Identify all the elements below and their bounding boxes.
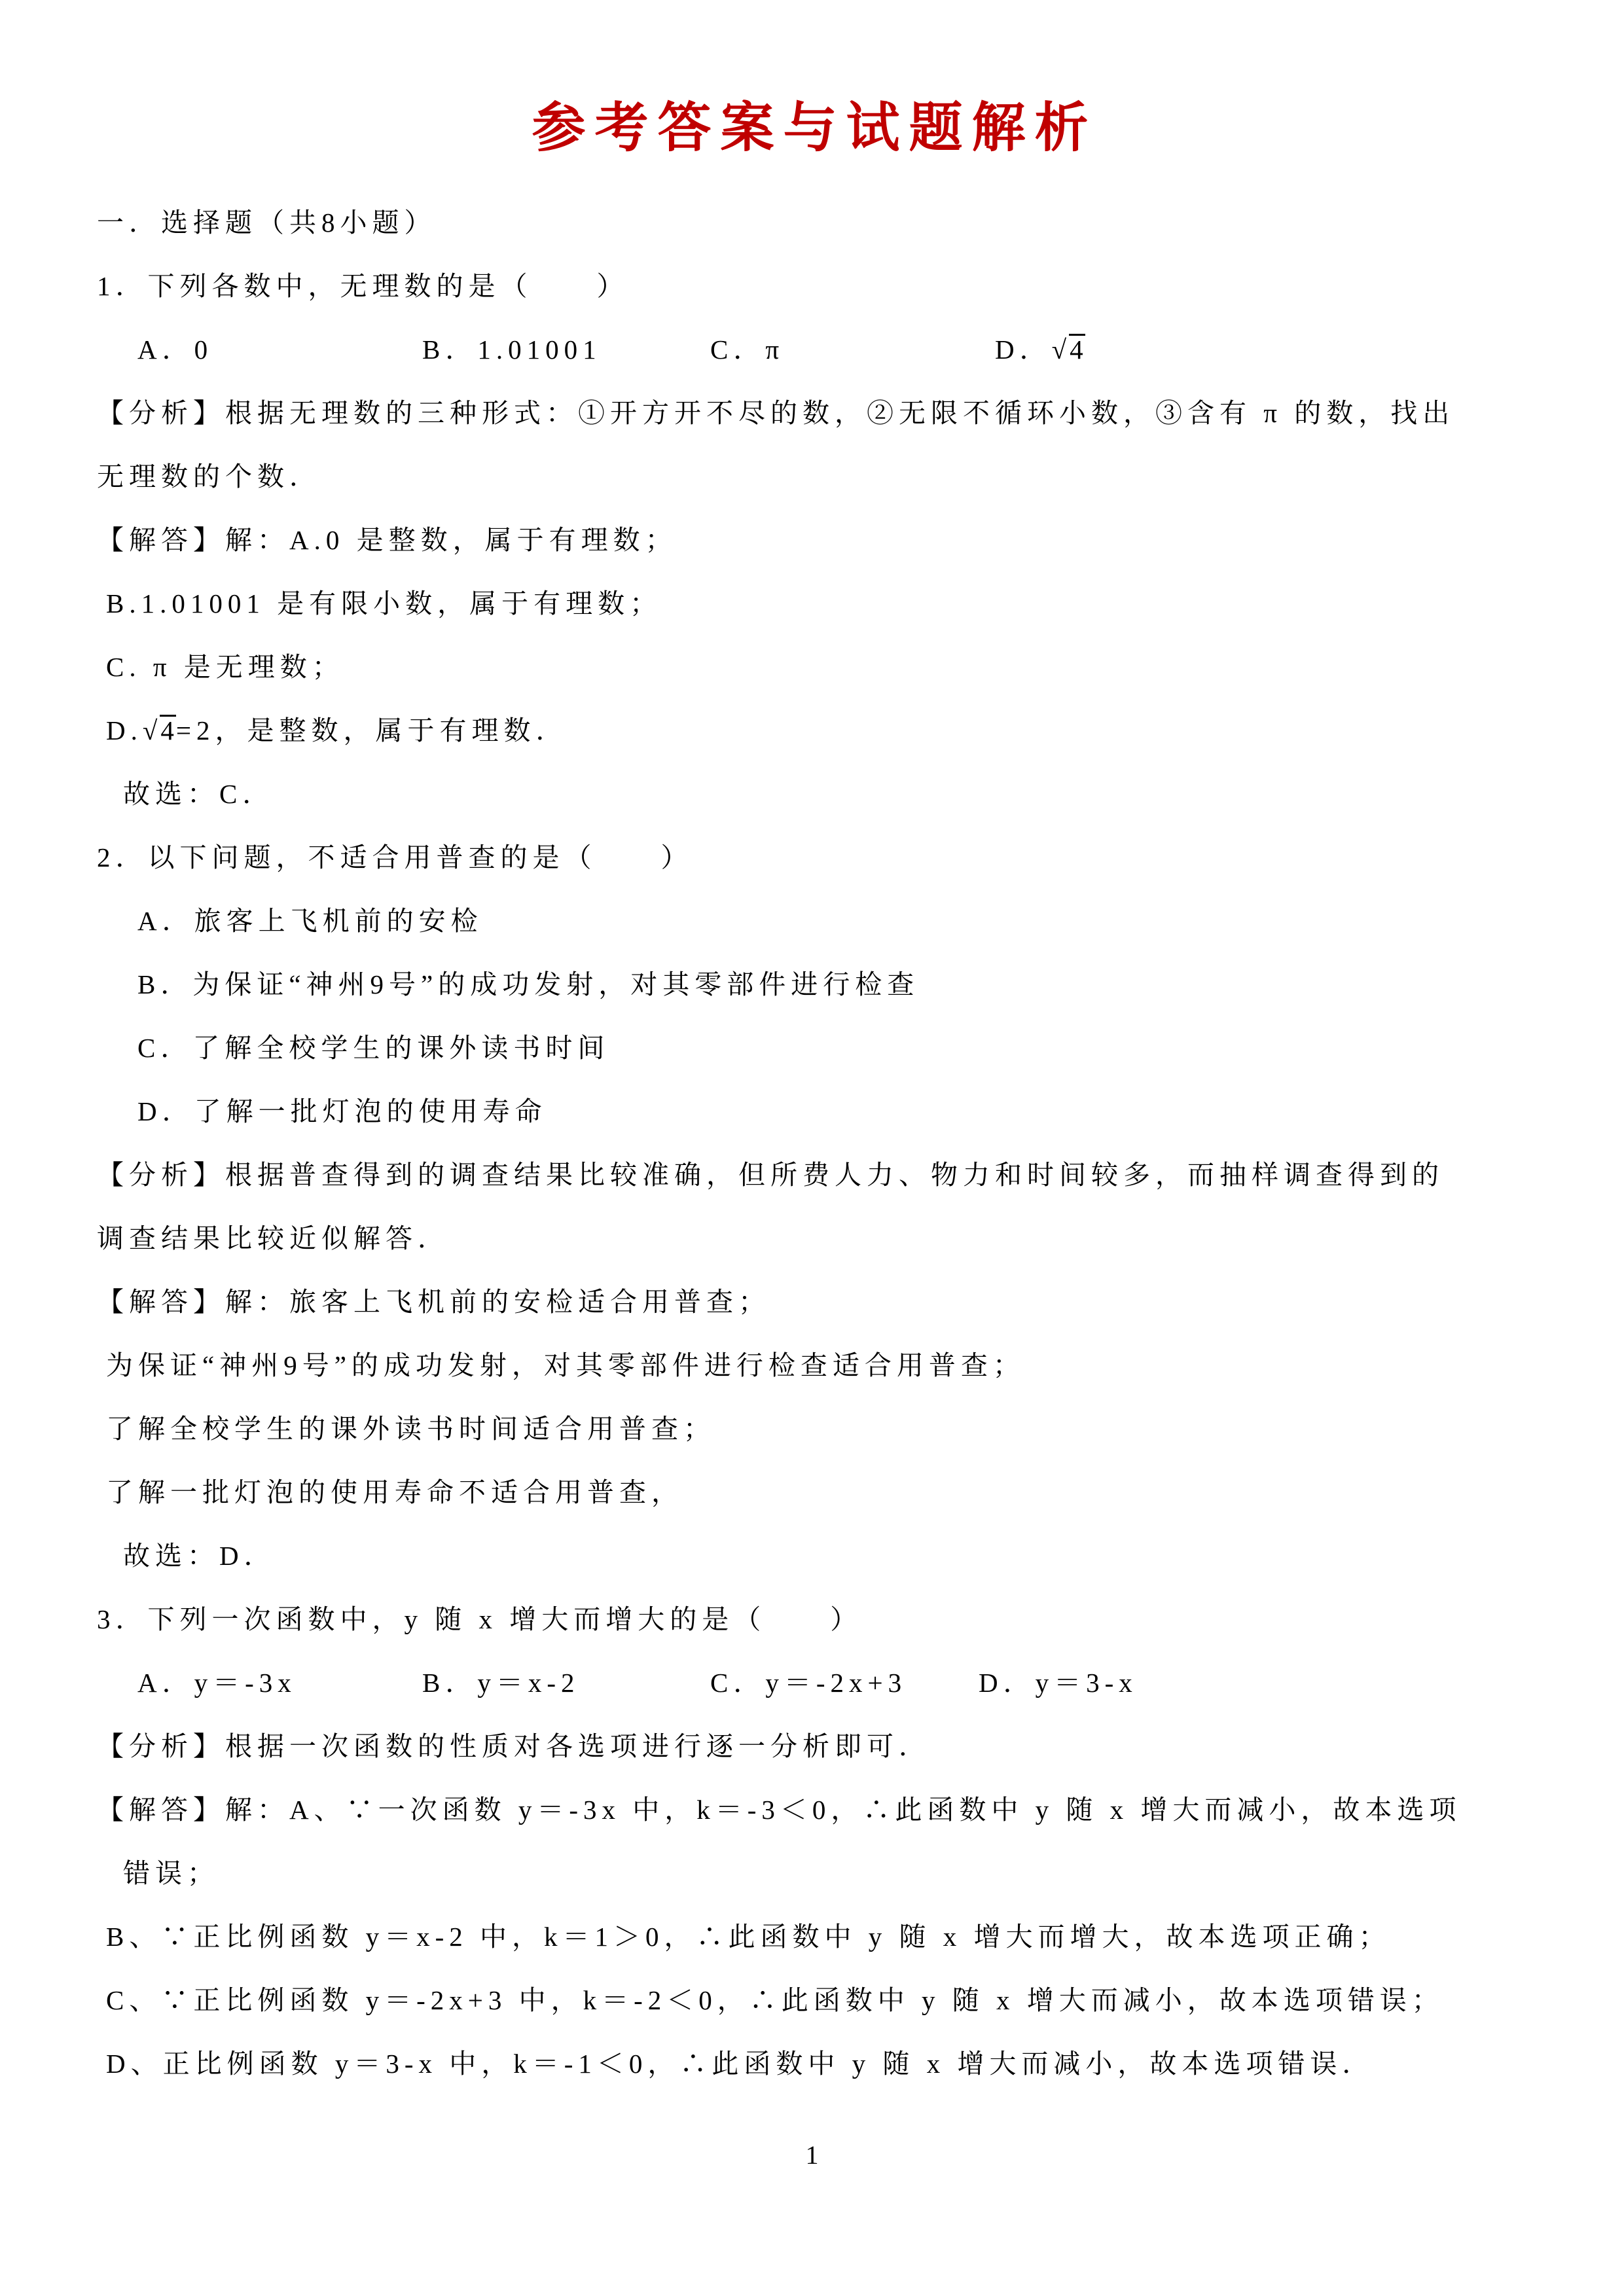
q2-answer-line-4: 了解一批灯泡的使用寿命不适合用普查， <box>97 1461 1532 1524</box>
q3-analysis-line-1: 【分析】根据一次函数的性质对各选项进行逐一分析即可． <box>97 1715 1532 1778</box>
q1-answer-line-4-label: D. <box>106 715 143 745</box>
q2-option-d: D．了解一批灯泡的使用寿命 <box>97 1080 1532 1143</box>
q1-answer-line-4-text: =2，是整数，属于有理数． <box>176 715 568 745</box>
page-number: 1 <box>0 2140 1624 2170</box>
q2-stem: 2．以下问题，不适合用普查的是（ ） <box>97 826 1532 889</box>
q1-answer-line-4-radicand: 4 <box>160 715 176 745</box>
q3-option-c: C．y＝-2x+3 <box>710 1651 979 1715</box>
q1-answer-line-4: D.√4=2，是整数，属于有理数． <box>97 699 1532 762</box>
q3-answer-line-5: D、正比例函数 y＝3-x 中，k＝-1＜0，∴此函数中 y 随 x 增大而减小… <box>97 2032 1532 2096</box>
q3-stem: 3．下列一次函数中，y 随 x 增大而增大的是（ ） <box>97 1588 1532 1651</box>
q1-option-d: D．√4 <box>995 334 1085 365</box>
document-page: 参考答案与试题解析 一．选择题（共8小题） 1．下列各数中，无理数的是（ ） A… <box>0 0 1624 2296</box>
q2-option-c: C．了解全校学生的课外读书时间 <box>97 1016 1532 1080</box>
q2-analysis-line-2: 调查结果比较近似解答． <box>97 1207 1532 1270</box>
q1-stem: 1．下列各数中，无理数的是（ ） <box>97 255 1532 318</box>
q1-answer-line-2: B.1.01001 是有限小数，属于有理数； <box>97 572 1532 636</box>
q3-option-a: A．y＝-3x <box>137 1651 422 1715</box>
q1-option-a: A．0 <box>137 318 422 382</box>
q2-option-a: A．旅客上飞机前的安检 <box>97 889 1532 953</box>
q1-conclusion: 故选：C． <box>97 762 1532 826</box>
q1-option-d-radicand: 4 <box>1069 334 1085 364</box>
q1-analysis-line-1: 【分析】根据无理数的三种形式：①开方开不尽的数，②无限不循环小数，③含有 π 的… <box>97 382 1532 445</box>
q2-conclusion: 故选：D． <box>97 1524 1532 1588</box>
q3-option-b: B．y＝x-2 <box>422 1651 710 1715</box>
q1-answer-line-1: 【解答】解：A.0 是整数，属于有理数； <box>97 509 1532 572</box>
q1-answer-line-3: C. π 是无理数； <box>97 636 1532 699</box>
q2-option-b: B．为保证“神州9号”的成功发射，对其零部件进行检查 <box>97 953 1532 1016</box>
q2-answer-line-2: 为保证“神州9号”的成功发射，对其零部件进行检查适合用普查； <box>97 1334 1532 1397</box>
q2-answer-line-3: 了解全校学生的课外读书时间适合用普查； <box>97 1397 1532 1461</box>
q1-options-row: A．0B．1.01001C．πD．√4 <box>97 318 1532 382</box>
q3-answer-line-4: C、∵正比例函数 y＝-2x+3 中，k＝-2＜0，∴此函数中 y 随 x 增大… <box>97 1969 1532 2032</box>
q3-option-d: D．y＝3-x <box>979 1668 1138 1698</box>
q1-option-d-label: D． <box>995 334 1052 365</box>
q3-options-row: A．y＝-3xB．y＝x-2C．y＝-2x+3D．y＝3-x <box>97 1651 1532 1715</box>
q1-option-b: B．1.01001 <box>422 318 710 382</box>
q3-answer-line-2: 错误； <box>97 1842 1532 1905</box>
q3-answer-line-1: 【解答】解：A、∵一次函数 y＝-3x 中，k＝-3＜0，∴此函数中 y 随 x… <box>97 1778 1532 1842</box>
document-title: 参考答案与试题解析 <box>97 92 1532 165</box>
q2-answer-line-1: 【解答】解：旅客上飞机前的安检适合用普查； <box>97 1270 1532 1334</box>
q1-analysis-line-2: 无理数的个数． <box>97 445 1532 509</box>
section-header: 一．选择题（共8小题） <box>97 191 1532 255</box>
q1-option-c: C．π <box>710 318 995 382</box>
q3-answer-line-3: B、∵正比例函数 y＝x-2 中，k＝1＞0，∴此函数中 y 随 x 增大而增大… <box>97 1905 1532 1969</box>
document-content: 一．选择题（共8小题） 1．下列各数中，无理数的是（ ） A．0B．1.0100… <box>97 191 1532 2096</box>
q2-analysis-line-1: 【分析】根据普查得到的调查结果比较准确，但所费人力、物力和时间较多，而抽样调查得… <box>97 1143 1532 1207</box>
